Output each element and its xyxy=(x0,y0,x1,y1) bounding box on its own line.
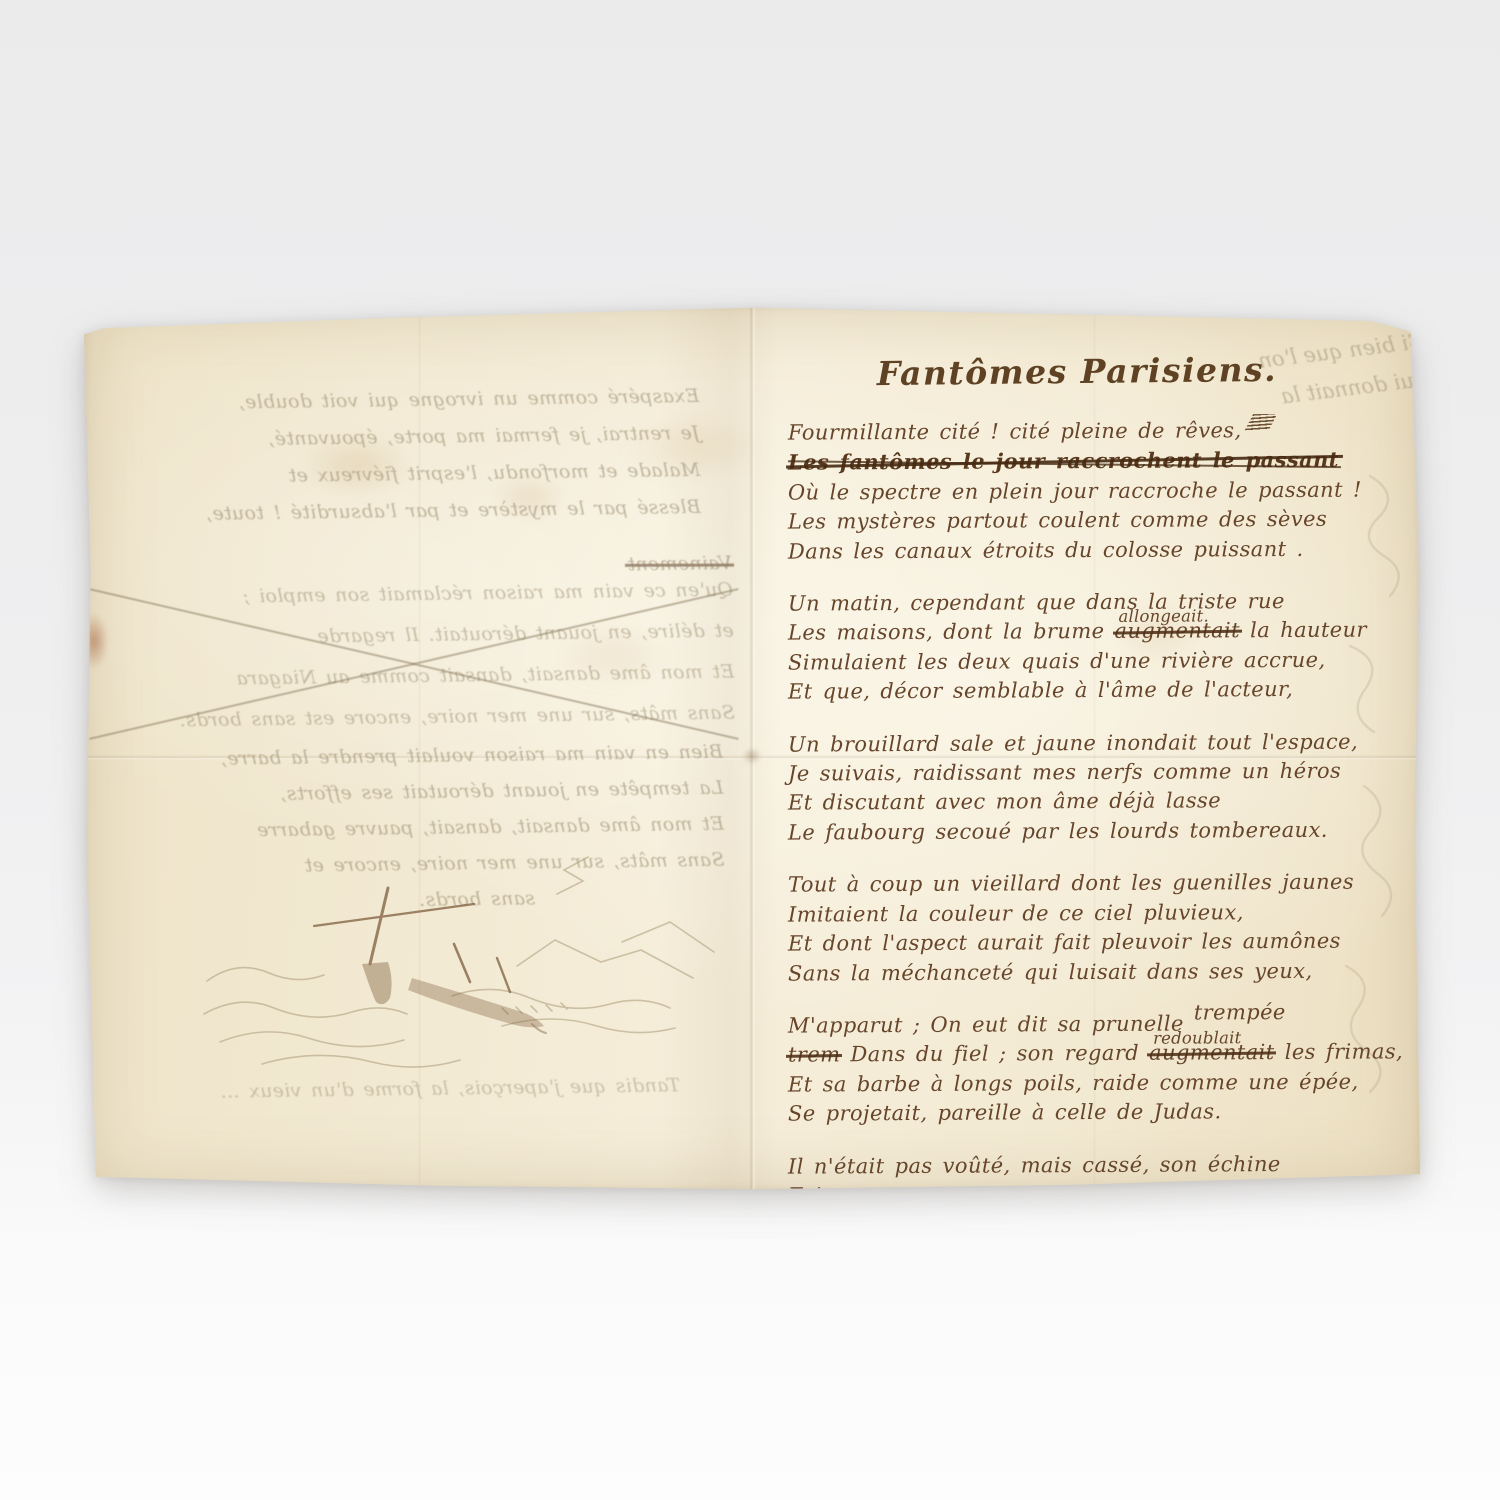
poem-line: trem Dans du fiel ; son regard redoublai… xyxy=(788,1038,1406,1071)
manuscript-sheet: Exaspéré comme un ivrogne qui voit doubl… xyxy=(84,306,1420,1190)
poem-line: Je suivais, raidissant mes nerfs comme u… xyxy=(788,756,1406,789)
poem-line: Où le spectre en plein jour raccroche le… xyxy=(788,475,1406,508)
poem-text: Et que, décor semblable à l'âme de l'act… xyxy=(788,677,1293,704)
struck-text: Les fantômes le jour raccrochent le pass… xyxy=(788,447,1339,475)
poem-line: Un brouillard sale et jaune inondait tou… xyxy=(788,727,1406,760)
poem-line: Tout à coup un vieillard dont les guenil… xyxy=(788,868,1406,901)
poem-text: Il n'était pas voûté, mais cassé, son éc… xyxy=(788,1152,1281,1179)
poem-text: Un matin, cependant que dans la triste r… xyxy=(788,589,1285,616)
correction: allongeait.augmentait xyxy=(1114,619,1240,644)
poem-text: Simulaient les deux quais d'une rivière … xyxy=(788,648,1326,675)
stanza: M'apparut ; On eut dit sa prunelle tremp… xyxy=(788,1010,1406,1128)
poem-line: Et sa barbe à longs poils, raide comme u… xyxy=(788,1067,1406,1100)
bleedthrough-text-block: Exaspéré comme un ivrogne qui voit doubl… xyxy=(109,378,701,534)
bleedthrough-text-line: Blessé par le mystère et par l'absurdité… xyxy=(111,489,701,534)
left-page: Exaspéré comme un ivrogne qui voit doubl… xyxy=(84,306,752,1190)
poem-text: Se projetait, pareille à celle de Judas. xyxy=(788,1099,1222,1125)
poem-line: M'apparut ; On eut dit sa prunelle tremp… xyxy=(788,1008,1406,1041)
poem-line: Et dont l'aspect aurait fait pleuvoir le… xyxy=(788,926,1406,959)
bleedthrough-crossed-stanza: Qu'en ce vain ma raison réclamait son em… xyxy=(97,570,735,743)
correction: redoublaitaugmentait xyxy=(1149,1040,1275,1065)
struck-text: augmentait xyxy=(1149,1040,1275,1065)
poem-text: Faisant avec sa jambe un parfait angle d… xyxy=(788,1181,1303,1208)
poem-line: Un matin, cependant que dans la triste r… xyxy=(788,586,1406,619)
poem-text: Sans la méchanceté qui luisait dans ses … xyxy=(788,958,1313,985)
poem-line: Imitaient la couleur de ce ciel pluvieux… xyxy=(788,897,1406,930)
poem-text: Où le spectre en plein jour raccroche le… xyxy=(788,477,1362,504)
struck-text: trem xyxy=(788,1043,841,1067)
poem-text: Imitaient la couleur de ce ciel pluvieux… xyxy=(788,900,1244,926)
poem-line: Fourmillante cité ! cité pleine de rêves… xyxy=(788,413,1406,448)
poem-line: Simulaient les deux quais d'une rivière … xyxy=(788,645,1406,678)
poem-text: M'apparut ; On eut dit sa prunelle xyxy=(788,1011,1194,1037)
hatch-mark-icon xyxy=(1244,414,1276,430)
poem-text: trempée xyxy=(1194,1000,1286,1024)
poem-line: Le faubourg secoué par les lourds tomber… xyxy=(788,815,1406,848)
paper-surface: Exaspéré comme un ivrogne qui voit doubl… xyxy=(84,306,1420,1190)
poem-text: Et dont l'aspect aurait fait pleuvoir le… xyxy=(788,929,1341,956)
boat-sketch-drawing xyxy=(202,846,722,1076)
poem-text: Tout à coup un vieillard dont les guenil… xyxy=(788,870,1354,897)
poem-line: Sans la méchanceté qui luisait dans ses … xyxy=(788,956,1406,989)
poem-text: Je suivais, raidissant mes nerfs comme u… xyxy=(788,759,1341,786)
poem-text: Et sa barbe à longs poils, raide comme u… xyxy=(788,1069,1359,1096)
poem-line: Il n'était pas voûté, mais cassé, son éc… xyxy=(788,1149,1406,1182)
poem-line: Les maisons, dont la brume allongeait.au… xyxy=(788,616,1406,649)
poem-text: Les mystères partout coulent comme des s… xyxy=(788,507,1327,534)
poem-line: Les fantômes le jour raccrochent le pass… xyxy=(788,445,1406,479)
poem-line: Et que, décor semblable à l'âme de l'act… xyxy=(788,675,1406,708)
poem-text: Dans du fiel ; son regard xyxy=(840,1041,1149,1067)
right-page: Si bien que l'on qui donnait la Fantômes… xyxy=(752,306,1420,1190)
stanza: Tout à coup un vieillard dont les guenil… xyxy=(788,869,1406,987)
poem-text: Et discutant avec mon âme déjà lasse xyxy=(788,789,1221,815)
photo-of-manuscript: { "photo": { "backdrop_top_color": "#ebe… xyxy=(0,0,1500,1500)
poem-text: Le faubourg secoué par les lourds tomber… xyxy=(788,818,1328,845)
poem-title: Fantômes Parisiens. xyxy=(788,349,1366,394)
poem-line: Les mystères partout coulent comme des s… xyxy=(788,505,1406,538)
poem-text: la hauteur xyxy=(1240,618,1367,643)
poem-line: Dans les canaux étroits du colosse puiss… xyxy=(788,534,1406,567)
poem: Fantômes Parisiens. Fourmillante cité ! … xyxy=(788,352,1406,1232)
stanza: Fourmillante cité ! cité pleine de rêves… xyxy=(788,415,1406,565)
poem-line: Se projetait, pareille à celle de Judas. xyxy=(788,1097,1406,1130)
poem-text: Fourmillante cité ! cité pleine de rêves… xyxy=(788,418,1242,444)
stanza: Un matin, cependant que dans la triste r… xyxy=(788,588,1406,706)
poem-text: Dans les canaux étroits du colosse puiss… xyxy=(788,537,1304,564)
poem-line: Et discutant avec mon âme déjà lasse xyxy=(788,786,1406,819)
stanza: Il n'était pas voûté, mais cassé, son éc… xyxy=(788,1151,1406,1210)
poem-stanzas: Fourmillante cité ! cité pleine de rêves… xyxy=(788,415,1406,1209)
stanza: Un brouillard sale et jaune inondait tou… xyxy=(788,729,1406,847)
poem-line: Faisant avec sa jambe un parfait angle d… xyxy=(788,1178,1406,1211)
poem-text: Les maisons, dont la brume xyxy=(788,619,1115,645)
poem-text: Un brouillard sale et jaune inondait tou… xyxy=(788,729,1358,756)
poem-text: les frimas, xyxy=(1275,1040,1404,1065)
struck-text: augmentait xyxy=(1114,619,1240,644)
